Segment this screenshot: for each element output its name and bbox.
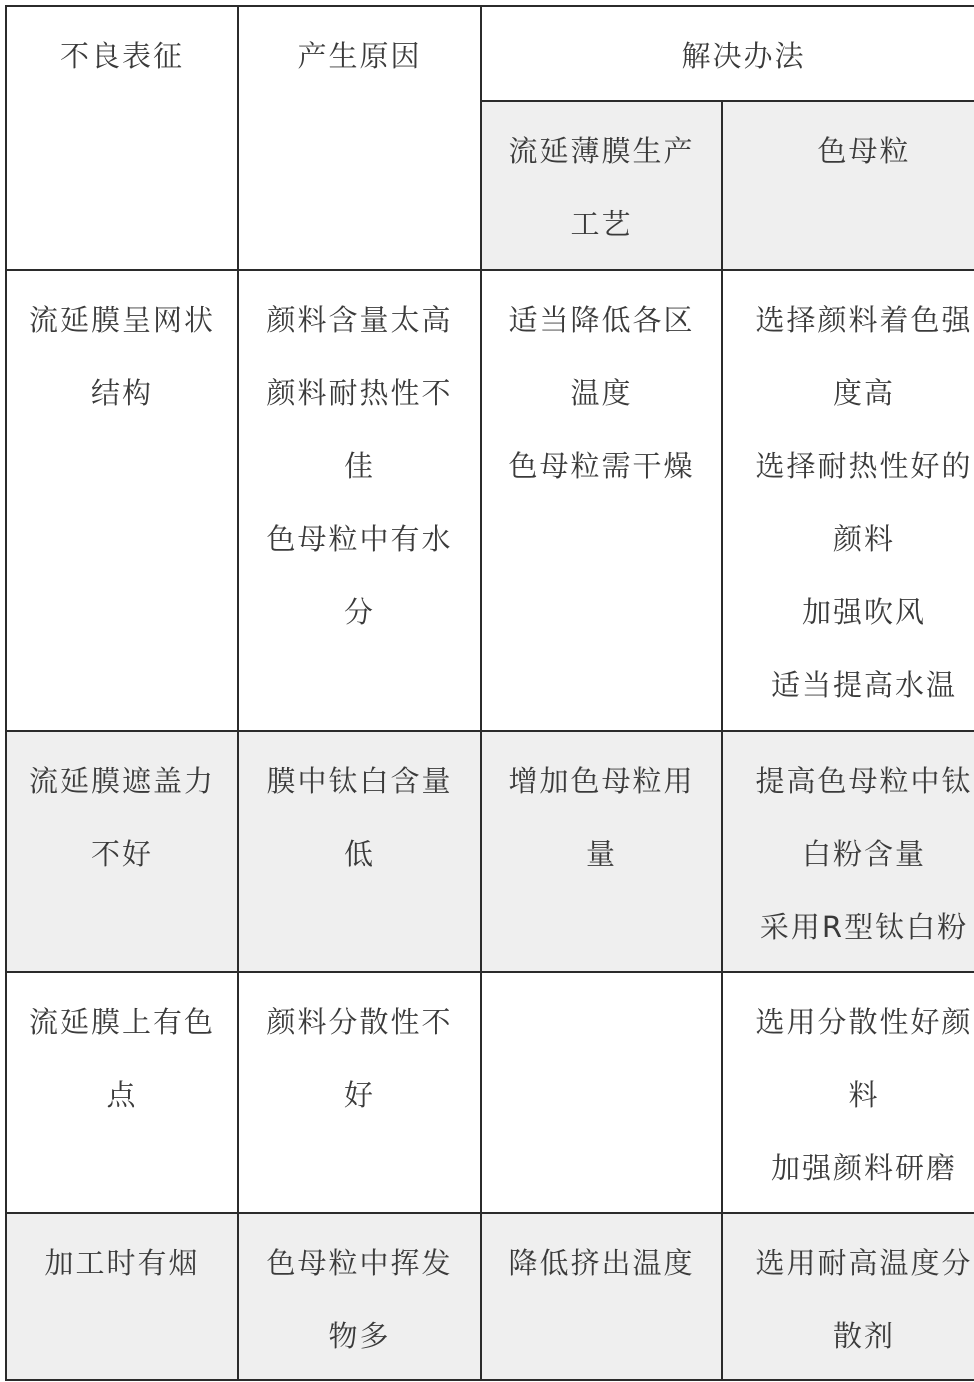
cell-line: 选择颜料着色强 <box>733 284 974 357</box>
cell-line: 好 <box>249 1059 470 1132</box>
header-process-line: 流延薄膜生产 <box>492 115 711 188</box>
cell-line: 流延膜呈网状 <box>17 284 227 357</box>
cell-line: 流延膜上有色 <box>17 986 227 1059</box>
table-row: 流延膜上有色 点 颜料分散性不 好 选用分散性好颜 料 加强颜料研磨 <box>6 972 974 1213</box>
cell-line: 采用R型钛白粉 <box>733 891 974 964</box>
cell-line: 颜料分散性不 <box>249 986 470 1059</box>
cell-line: 选择耐热性好的 <box>733 430 974 503</box>
cell-line: 结构 <box>17 357 227 430</box>
cell-masterbatch: 选用分散性好颜 料 加强颜料研磨 <box>722 972 974 1213</box>
header-symptom: 不良表征 <box>6 6 238 270</box>
cell-line: 选用分散性好颜 <box>733 986 974 1059</box>
header-solution: 解决办法 <box>481 6 974 101</box>
cell-line: 色母粒中挥发 <box>249 1227 470 1300</box>
cell-line: 降低挤出温度 <box>492 1227 711 1300</box>
cell-symptom: 流延膜遮盖力 不好 <box>6 731 238 972</box>
header-solution-masterbatch: 色母粒 <box>722 101 974 270</box>
cell-line: 白粉含量 <box>733 818 974 891</box>
defect-solution-table-container: 不良表征 产生原因 解决办法 流延薄膜生产 工艺 色母粒 流延膜呈网状 结构 <box>5 5 974 1381</box>
cell-line: 提高色母粒中钛 <box>733 745 974 818</box>
header-row-1: 不良表征 产生原因 解决办法 <box>6 6 974 101</box>
cell-line: 增加色母粒用 <box>492 745 711 818</box>
cell-line: 量 <box>492 818 711 891</box>
header-process-line: 工艺 <box>492 188 711 261</box>
cell-line: 颜料耐热性不 <box>249 357 470 430</box>
cell-line: 温度 <box>492 357 711 430</box>
cell-process-empty <box>481 972 722 1213</box>
header-cause-text: 产生原因 <box>249 20 470 93</box>
defect-solution-table: 不良表征 产生原因 解决办法 流延薄膜生产 工艺 色母粒 流延膜呈网状 结构 <box>5 5 974 1381</box>
cell-line: 佳 <box>249 430 470 503</box>
table-row: 流延膜呈网状 结构 颜料含量太高 颜料耐热性不 佳 色母粒中有水 分 适当降低各… <box>6 270 974 731</box>
cell-process: 增加色母粒用 量 <box>481 731 722 972</box>
cell-line: 膜中钛白含量 <box>249 745 470 818</box>
header-symptom-text: 不良表征 <box>17 20 227 93</box>
cell-cause: 膜中钛白含量 低 <box>238 731 481 972</box>
cell-masterbatch: 选择颜料着色强 度高 选择耐热性好的 颜料 加强吹风 适当提高水温 <box>722 270 974 731</box>
cell-line: 适当降低各区 <box>492 284 711 357</box>
cell-line: 散剂 <box>733 1300 974 1373</box>
cell-masterbatch: 选用耐高温度分 散剂 <box>722 1213 974 1380</box>
cell-line: 点 <box>17 1059 227 1132</box>
header-cause: 产生原因 <box>238 6 481 270</box>
table-row: 流延膜遮盖力 不好 膜中钛白含量 低 增加色母粒用 量 提高色母粒中钛 白粉含量… <box>6 731 974 972</box>
cell-line: 加强吹风 <box>733 576 974 649</box>
cell-line: 适当提高水温 <box>733 649 974 722</box>
cell-line: 选用耐高温度分 <box>733 1227 974 1300</box>
cell-line: 颜料含量太高 <box>249 284 470 357</box>
cell-cause: 颜料含量太高 颜料耐热性不 佳 色母粒中有水 分 <box>238 270 481 731</box>
header-solution-process: 流延薄膜生产 工艺 <box>481 101 722 270</box>
cell-line: 低 <box>249 818 470 891</box>
cell-line: 色母粒中有水 <box>249 503 470 576</box>
cell-line: 不好 <box>17 818 227 891</box>
header-solution-text: 解决办法 <box>492 20 974 93</box>
cell-cause: 色母粒中挥发 物多 <box>238 1213 481 1380</box>
cell-line: 加强颜料研磨 <box>733 1132 974 1205</box>
table-row: 加工时有烟 色母粒中挥发 物多 降低挤出温度 选用耐高温度分 散剂 <box>6 1213 974 1380</box>
cell-symptom: 流延膜上有色 点 <box>6 972 238 1213</box>
cell-cause: 颜料分散性不 好 <box>238 972 481 1213</box>
cell-line: 色母粒需干燥 <box>492 430 711 503</box>
cell-line: 度高 <box>733 357 974 430</box>
header-masterbatch-text: 色母粒 <box>733 115 974 188</box>
cell-line: 物多 <box>249 1300 470 1373</box>
cell-line: 料 <box>733 1059 974 1132</box>
cell-process: 降低挤出温度 <box>481 1213 722 1380</box>
cell-masterbatch: 提高色母粒中钛 白粉含量 采用R型钛白粉 <box>722 731 974 972</box>
cell-line: 加工时有烟 <box>17 1227 227 1300</box>
cell-line: 颜料 <box>733 503 974 576</box>
cell-process: 适当降低各区 温度 色母粒需干燥 <box>481 270 722 731</box>
cell-line: 分 <box>249 576 470 649</box>
cell-line: 流延膜遮盖力 <box>17 745 227 818</box>
cell-symptom: 加工时有烟 <box>6 1213 238 1380</box>
cell-symptom: 流延膜呈网状 结构 <box>6 270 238 731</box>
